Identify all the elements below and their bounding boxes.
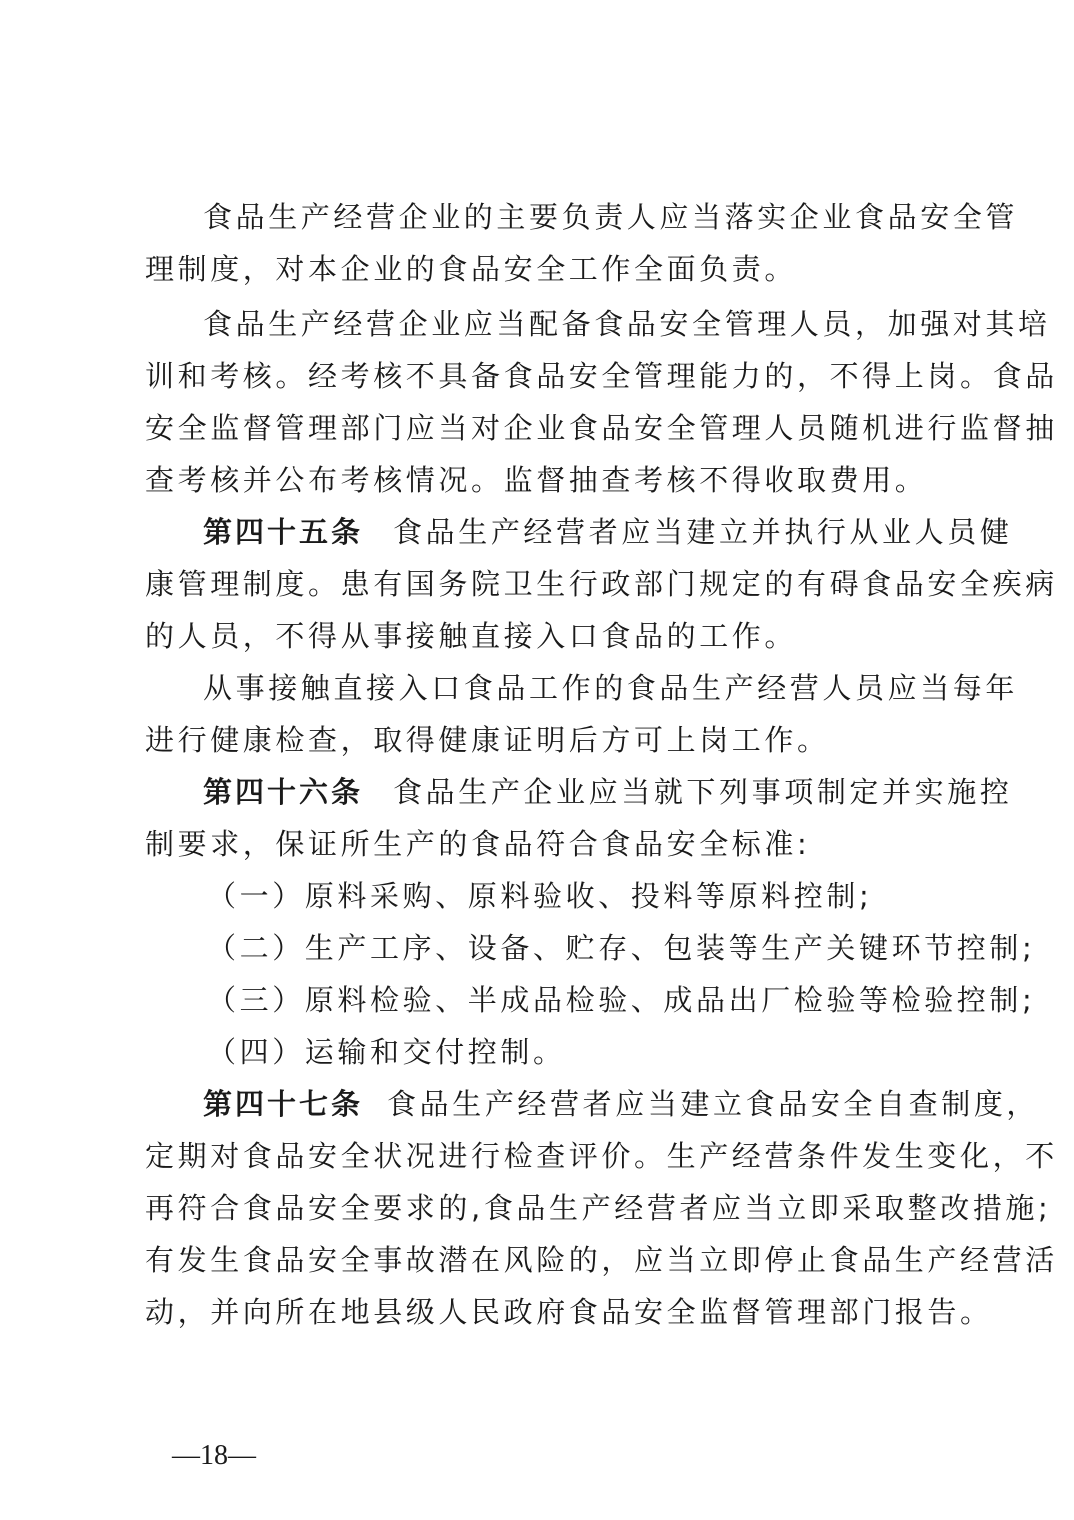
text-line: 有发生食品安全事故潜在风险的，应当立即停止食品生产经营活 bbox=[145, 1240, 945, 1280]
text-line: 的人员，不得从事接触直接入口食品的工作。 bbox=[145, 616, 945, 656]
text-line: 查考核并公布考核情况。监督抽查考核不得收取费用。 bbox=[145, 460, 945, 500]
list-item: （一）原料采购、原料验收、投料等原料控制; bbox=[207, 876, 1007, 916]
text-line: 进行健康检查，取得健康证明后方可上岗工作。 bbox=[145, 720, 945, 760]
page-number: —18— bbox=[172, 1438, 256, 1474]
article-45-first-line: 第四十五条食品生产经营者应当建立并执行从业人员健 bbox=[203, 512, 1003, 552]
article-46-first-line: 第四十六条食品生产企业应当就下列事项制定并实施控 bbox=[203, 772, 1003, 812]
text-span: 食品生产企业应当就下列事项制定并实施控 bbox=[393, 775, 1012, 809]
text-line: 康管理制度。患有国务院卫生行政部门规定的有碍食品安全疾病 bbox=[145, 564, 945, 604]
text-line: 从事接触直接入口食品工作的食品生产经营人员应当每年 bbox=[203, 668, 1003, 708]
article-heading: 第四十六条 bbox=[203, 775, 363, 809]
text-line: 再符合食品安全要求的,食品生产经营者应当立即采取整改措施; bbox=[145, 1188, 945, 1228]
text-line: 制要求，保证所生产的食品符合食品安全标准: bbox=[145, 824, 945, 864]
text-span: 食品生产经营者应当建立食品安全自查制度， bbox=[387, 1087, 1039, 1121]
article-47-first-line: 第四十七条食品生产经营者应当建立食品安全自查制度， bbox=[203, 1084, 1003, 1124]
text-line: 食品生产经营企业的主要负责人应当落实企业食品安全管 bbox=[203, 197, 1003, 237]
list-item: （二）生产工序、设备、贮存、包装等生产关键环节控制; bbox=[207, 928, 1007, 968]
text-line: 动，并向所在地县级人民政府食品安全监督管理部门报告。 bbox=[145, 1292, 945, 1332]
text-line: 理制度，对本企业的食品安全工作全面负责。 bbox=[145, 249, 945, 289]
text-line: 安全监督管理部门应当对企业食品安全管理人员随机进行监督抽 bbox=[145, 408, 945, 448]
article-heading: 第四十七条 bbox=[203, 1087, 363, 1121]
list-item: （三）原料检验、半成品检验、成品出厂检验等检验控制; bbox=[207, 980, 1007, 1020]
article-heading: 第四十五条 bbox=[203, 515, 363, 549]
document-page: 食品生产经营企业的主要负责人应当落实企业食品安全管 理制度，对本企业的食品安全工… bbox=[0, 0, 1074, 1520]
text-line: 食品生产经营企业应当配备食品安全管理人员，加强对其培 bbox=[203, 304, 1003, 344]
list-item: （四）运输和交付控制。 bbox=[207, 1032, 1007, 1072]
text-line: 定期对食品安全状况进行检查评价。生产经营条件发生变化，不 bbox=[145, 1136, 945, 1176]
text-line: 训和考核。经考核不具备食品安全管理能力的，不得上岗。食品 bbox=[145, 356, 945, 396]
text-span: 食品生产经营者应当建立并执行从业人员健 bbox=[393, 515, 1012, 549]
